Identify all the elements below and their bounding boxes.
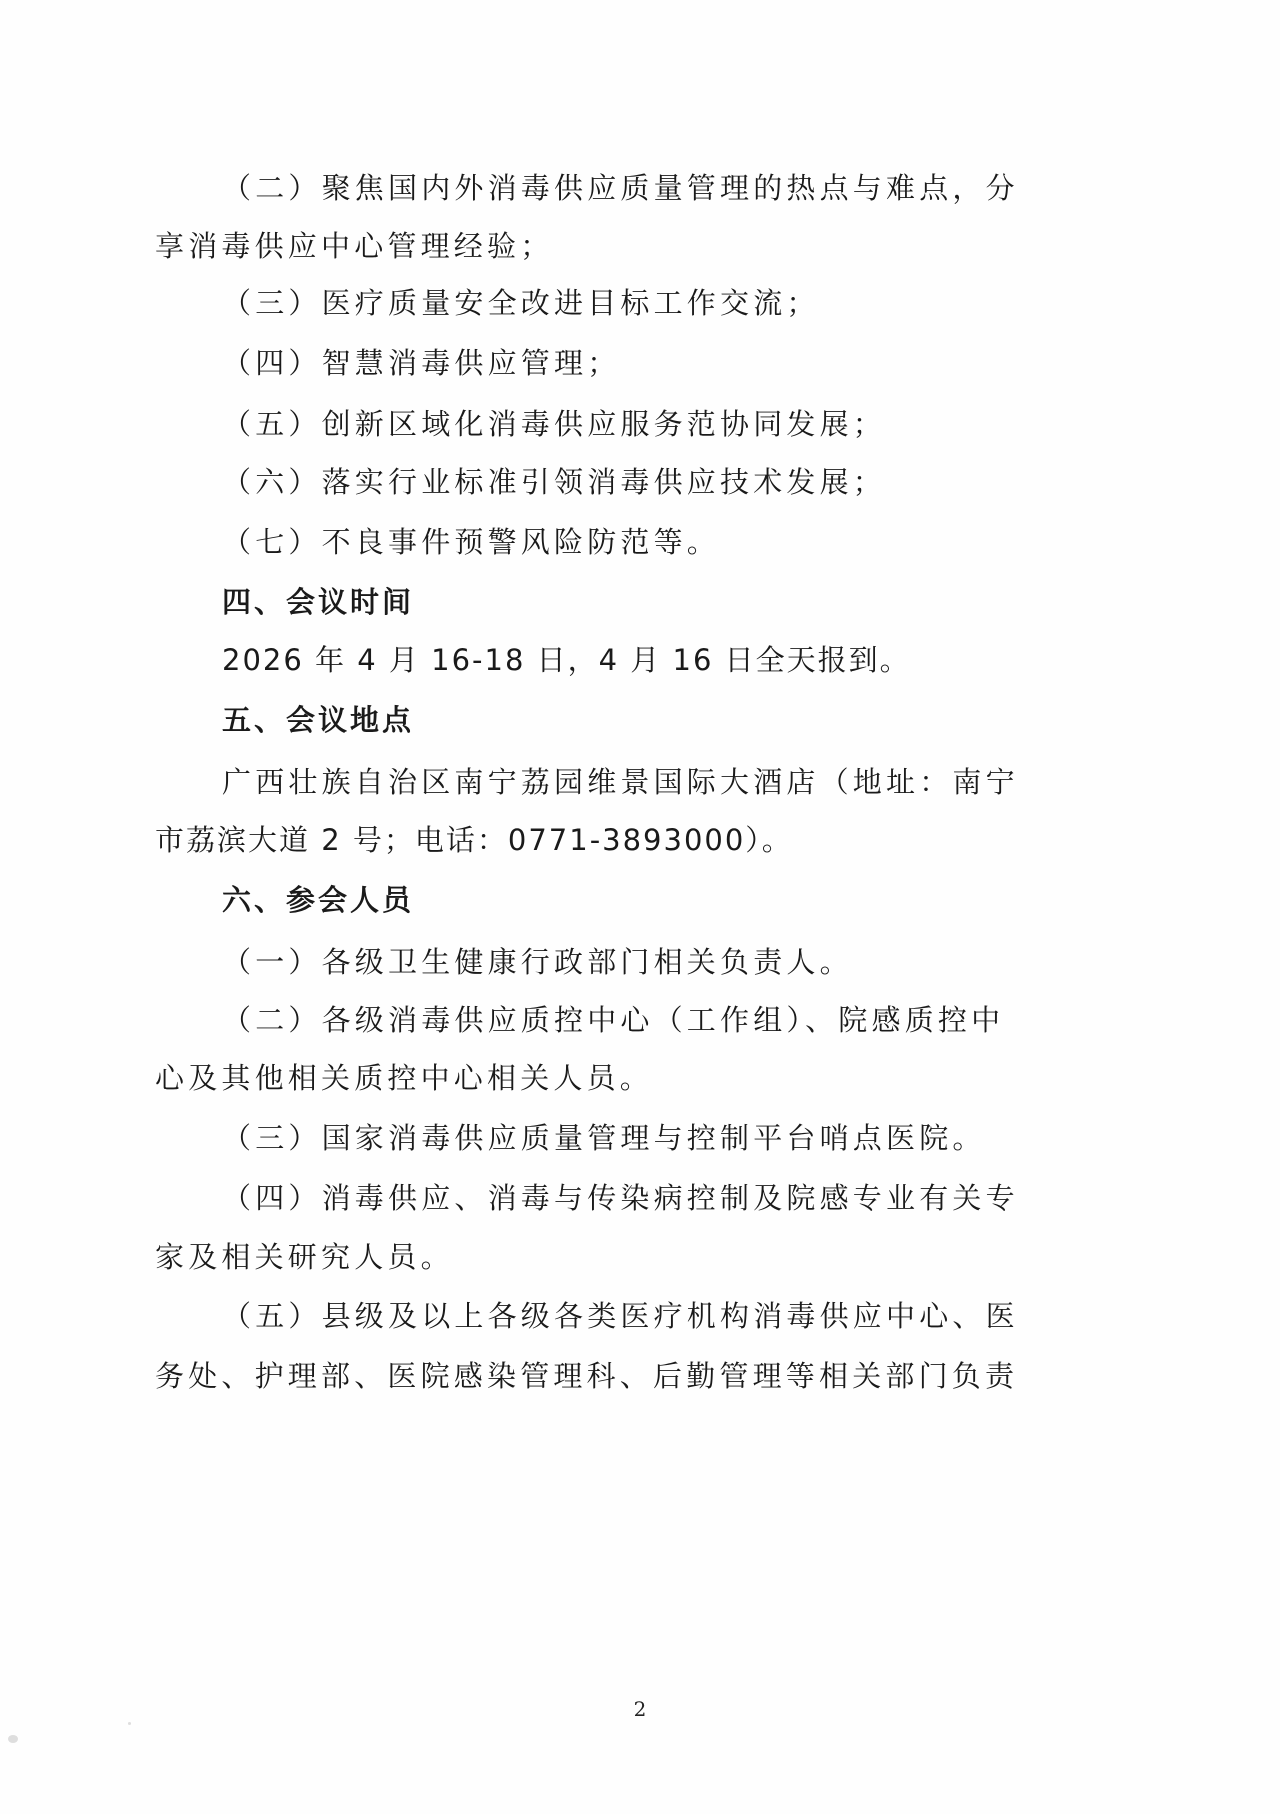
list-item-attendee-1: （一）各级卫生健康行政部门相关负责人。 xyxy=(222,942,1162,982)
list-item-attendee-3: （三）国家消毒供应质量管理与控制平台哨点医院。 xyxy=(222,1118,1162,1158)
document-page: （二）聚焦国内外消毒供应质量管理的热点与难点，分 享消毒供应中心管理经验； （三… xyxy=(0,0,1280,1814)
list-item-attendee-5: （五）县级及以上各级各类医疗机构消毒供应中心、医 xyxy=(222,1296,1162,1336)
section-heading-meeting-location: 五、会议地点 xyxy=(222,700,1162,740)
list-item-topic-6: （六）落实行业标准引领消毒供应技术发展； xyxy=(222,462,1162,502)
list-item-attendee-5-continued: 务处、护理部、医院感染管理科、后勤管理等相关部门负责 xyxy=(155,1356,1095,1396)
list-item-topic-2-continued: 享消毒供应中心管理经验； xyxy=(155,226,1095,266)
section-heading-attendees: 六、参会人员 xyxy=(222,880,1162,920)
list-item-topic-5: （五）创新区域化消毒供应服务范协同发展； xyxy=(222,404,1162,444)
meeting-location-text: 广西壮族自治区南宁荔园维景国际大酒店（地址：南宁 xyxy=(222,762,1162,802)
scan-speck xyxy=(128,1722,131,1725)
list-item-topic-4: （四）智慧消毒供应管理； xyxy=(222,343,1162,383)
section-heading-meeting-time: 四、会议时间 xyxy=(222,582,1162,622)
list-item-attendee-2-continued: 心及其他相关质控中心相关人员。 xyxy=(155,1058,1095,1098)
list-item-attendee-2: （二）各级消毒供应质控中心（工作组）、院感质控中 xyxy=(222,1000,1162,1040)
list-item-attendee-4: （四）消毒供应、消毒与传染病控制及院感专业有关专 xyxy=(222,1178,1162,1218)
meeting-time-text: 2026 年 4 月 16-18 日，4 月 16 日全天报到。 xyxy=(222,640,1162,680)
list-item-attendee-4-continued: 家及相关研究人员。 xyxy=(155,1237,1095,1277)
list-item-topic-2: （二）聚焦国内外消毒供应质量管理的热点与难点，分 xyxy=(222,168,1162,208)
meeting-location-text-continued: 市荔滨大道 2 号；电话：0771-3893000）。 xyxy=(155,820,1095,860)
scan-speck xyxy=(8,1735,18,1743)
page-number: 2 xyxy=(0,1697,1280,1721)
list-item-topic-7: （七）不良事件预警风险防范等。 xyxy=(222,522,1162,562)
list-item-topic-3: （三）医疗质量安全改进目标工作交流； xyxy=(222,283,1162,323)
